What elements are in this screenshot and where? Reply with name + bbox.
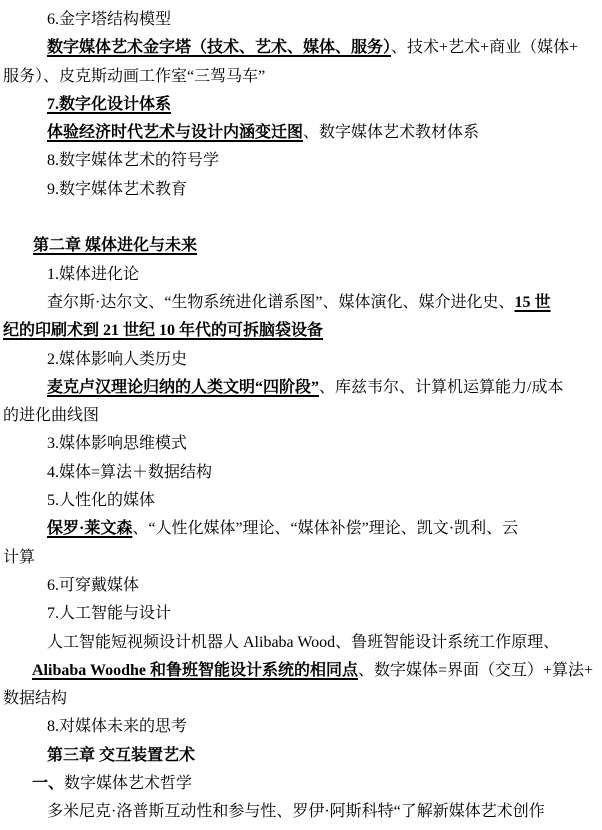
text-line: 7.人工智能与设计 — [0, 600, 602, 628]
body-text: 、库兹韦尔、计算机运算能力/成本 — [319, 379, 563, 396]
text-line: 8.数字媒体艺术的符号学 — [0, 147, 602, 175]
text-line: 纪的印刷术到 21 世纪 10 年代的可拆脑袋设备 — [0, 317, 602, 345]
body-text: 人工智能短视频设计机器人 Alibaba Wood、鲁班智能设计系统工作原理、 — [47, 634, 559, 651]
body-text: 8.数字媒体艺术的符号学 — [47, 152, 219, 169]
keyword-text: 麦克卢汉理论归纳的人类文明“四阶段” — [47, 379, 319, 396]
keyword-text: 7.数字化设计体系 — [47, 96, 171, 113]
body-text: 6.金字塔结构模型 — [47, 11, 171, 28]
blank-line — [0, 204, 602, 232]
keyword-text: 第三章 交互装置艺术 — [47, 747, 195, 764]
body-text: 、数字媒体=界面（交互）+算法+ — [358, 662, 593, 679]
text-line: 计算 — [0, 544, 602, 572]
text-line: 多米尼克·洛普斯互动性和参与性、罗伊·阿斯科特“了解新媒体艺术创作 — [0, 798, 602, 826]
body-text: 1.媒体进化论 — [47, 266, 139, 283]
keyword-text: 15 世 — [515, 294, 551, 311]
body-text: 7.人工智能与设计 — [47, 605, 171, 622]
body-text: 6.可穿戴媒体 — [47, 577, 139, 594]
body-text: 3.媒体影响思维模式 — [47, 435, 187, 452]
body-text: 查尔斯·达尔文、“生物系统进化谱系图”、媒体演化、媒介进化史、 — [47, 294, 515, 311]
text-line: 1.媒体进化论 — [0, 261, 602, 289]
body-text: 4.媒体=算法＋数据结构 — [47, 464, 212, 481]
text-line: Alibaba Woodhe 和鲁班智能设计系统的相同点、数字媒体=界面（交互）… — [0, 657, 602, 685]
text-line: 6.金字塔结构模型 — [0, 6, 602, 34]
text-line: 第二章 媒体进化与未来 — [0, 232, 602, 260]
keyword-text: 体验经济时代艺术与设计内涵变迁图 — [47, 124, 303, 141]
body-text: 、“人性化媒体”理论、“媒体补偿”理论、凯文·凯利、云 — [132, 520, 518, 537]
text-line: 9.数字媒体艺术教育 — [0, 176, 602, 204]
text-line: 7.数字化设计体系 — [0, 91, 602, 119]
text-line: 3.媒体影响思维模式 — [0, 430, 602, 458]
body-text: 2.媒体影响人类历史 — [47, 351, 187, 368]
body-text: 多米尼克·洛普斯互动性和参与性、罗伊·阿斯科特“了解新媒体艺术创作 — [47, 803, 545, 820]
body-text: 、技术+艺术+商业（媒体+ — [391, 39, 578, 56]
keyword-text: 第二章 媒体进化与未来 — [33, 237, 197, 254]
body-text: 9.数字媒体艺术教育 — [47, 181, 187, 198]
text-line: 数字媒体艺术金字塔（技术、艺术、媒体、服务）、技术+艺术+商业（媒体+ — [0, 34, 602, 62]
keyword-text: 一、 — [32, 775, 64, 792]
text-line: 服务）、皮克斯动画工作室“三驾马车” — [0, 63, 602, 91]
text-line: 4.媒体=算法＋数据结构 — [0, 459, 602, 487]
keyword-text: 纪的印刷术到 21 世纪 10 年代的可拆脑袋设备 — [3, 322, 323, 339]
text-line: 数据结构 — [0, 685, 602, 713]
text-line: 一、数字媒体艺术哲学 — [0, 770, 602, 798]
text-line: 2.媒体影响人类历史 — [0, 346, 602, 374]
document-body: 6.金字塔结构模型数字媒体艺术金字塔（技术、艺术、媒体、服务）、技术+艺术+商业… — [0, 0, 602, 827]
text-line: 第三章 交互装置艺术 — [0, 742, 602, 770]
body-text: 数字媒体艺术哲学 — [64, 775, 192, 792]
document-page: 6.金字塔结构模型数字媒体艺术金字塔（技术、艺术、媒体、服务）、技术+艺术+商业… — [0, 0, 602, 830]
text-line: 体验经济时代艺术与设计内涵变迁图、数字媒体艺术教材体系 — [0, 119, 602, 147]
keyword-text: 数字媒体艺术金字塔（技术、艺术、媒体、服务） — [47, 39, 391, 56]
body-text: 计算 — [3, 549, 35, 566]
text-line: 人工智能短视频设计机器人 Alibaba Wood、鲁班智能设计系统工作原理、 — [0, 629, 602, 657]
body-text: 5.人性化的媒体 — [47, 492, 155, 509]
body-text: 8.对媒体未来的思考 — [47, 718, 187, 735]
body-text: 、数字媒体艺术教材体系 — [303, 124, 479, 141]
body-text: 数据结构 — [3, 690, 67, 707]
text-line: 查尔斯·达尔文、“生物系统进化谱系图”、媒体演化、媒介进化史、15 世 — [0, 289, 602, 317]
body-text: 服务）、皮克斯动画工作室“三驾马车” — [3, 68, 265, 85]
text-line: 6.可穿戴媒体 — [0, 572, 602, 600]
body-text: 的进化曲线图 — [3, 407, 99, 424]
keyword-text: 保罗·莱文森 — [47, 520, 132, 537]
text-line: 麦克卢汉理论归纳的人类文明“四阶段”、库兹韦尔、计算机运算能力/成本 — [0, 374, 602, 402]
text-line: 的进化曲线图 — [0, 402, 602, 430]
text-line: 保罗·莱文森、“人性化媒体”理论、“媒体补偿”理论、凯文·凯利、云 — [0, 515, 602, 543]
keyword-text: Alibaba Woodhe 和鲁班智能设计系统的相同点 — [32, 662, 358, 679]
text-line: 5.人性化的媒体 — [0, 487, 602, 515]
text-line: 8.对媒体未来的思考 — [0, 713, 602, 741]
